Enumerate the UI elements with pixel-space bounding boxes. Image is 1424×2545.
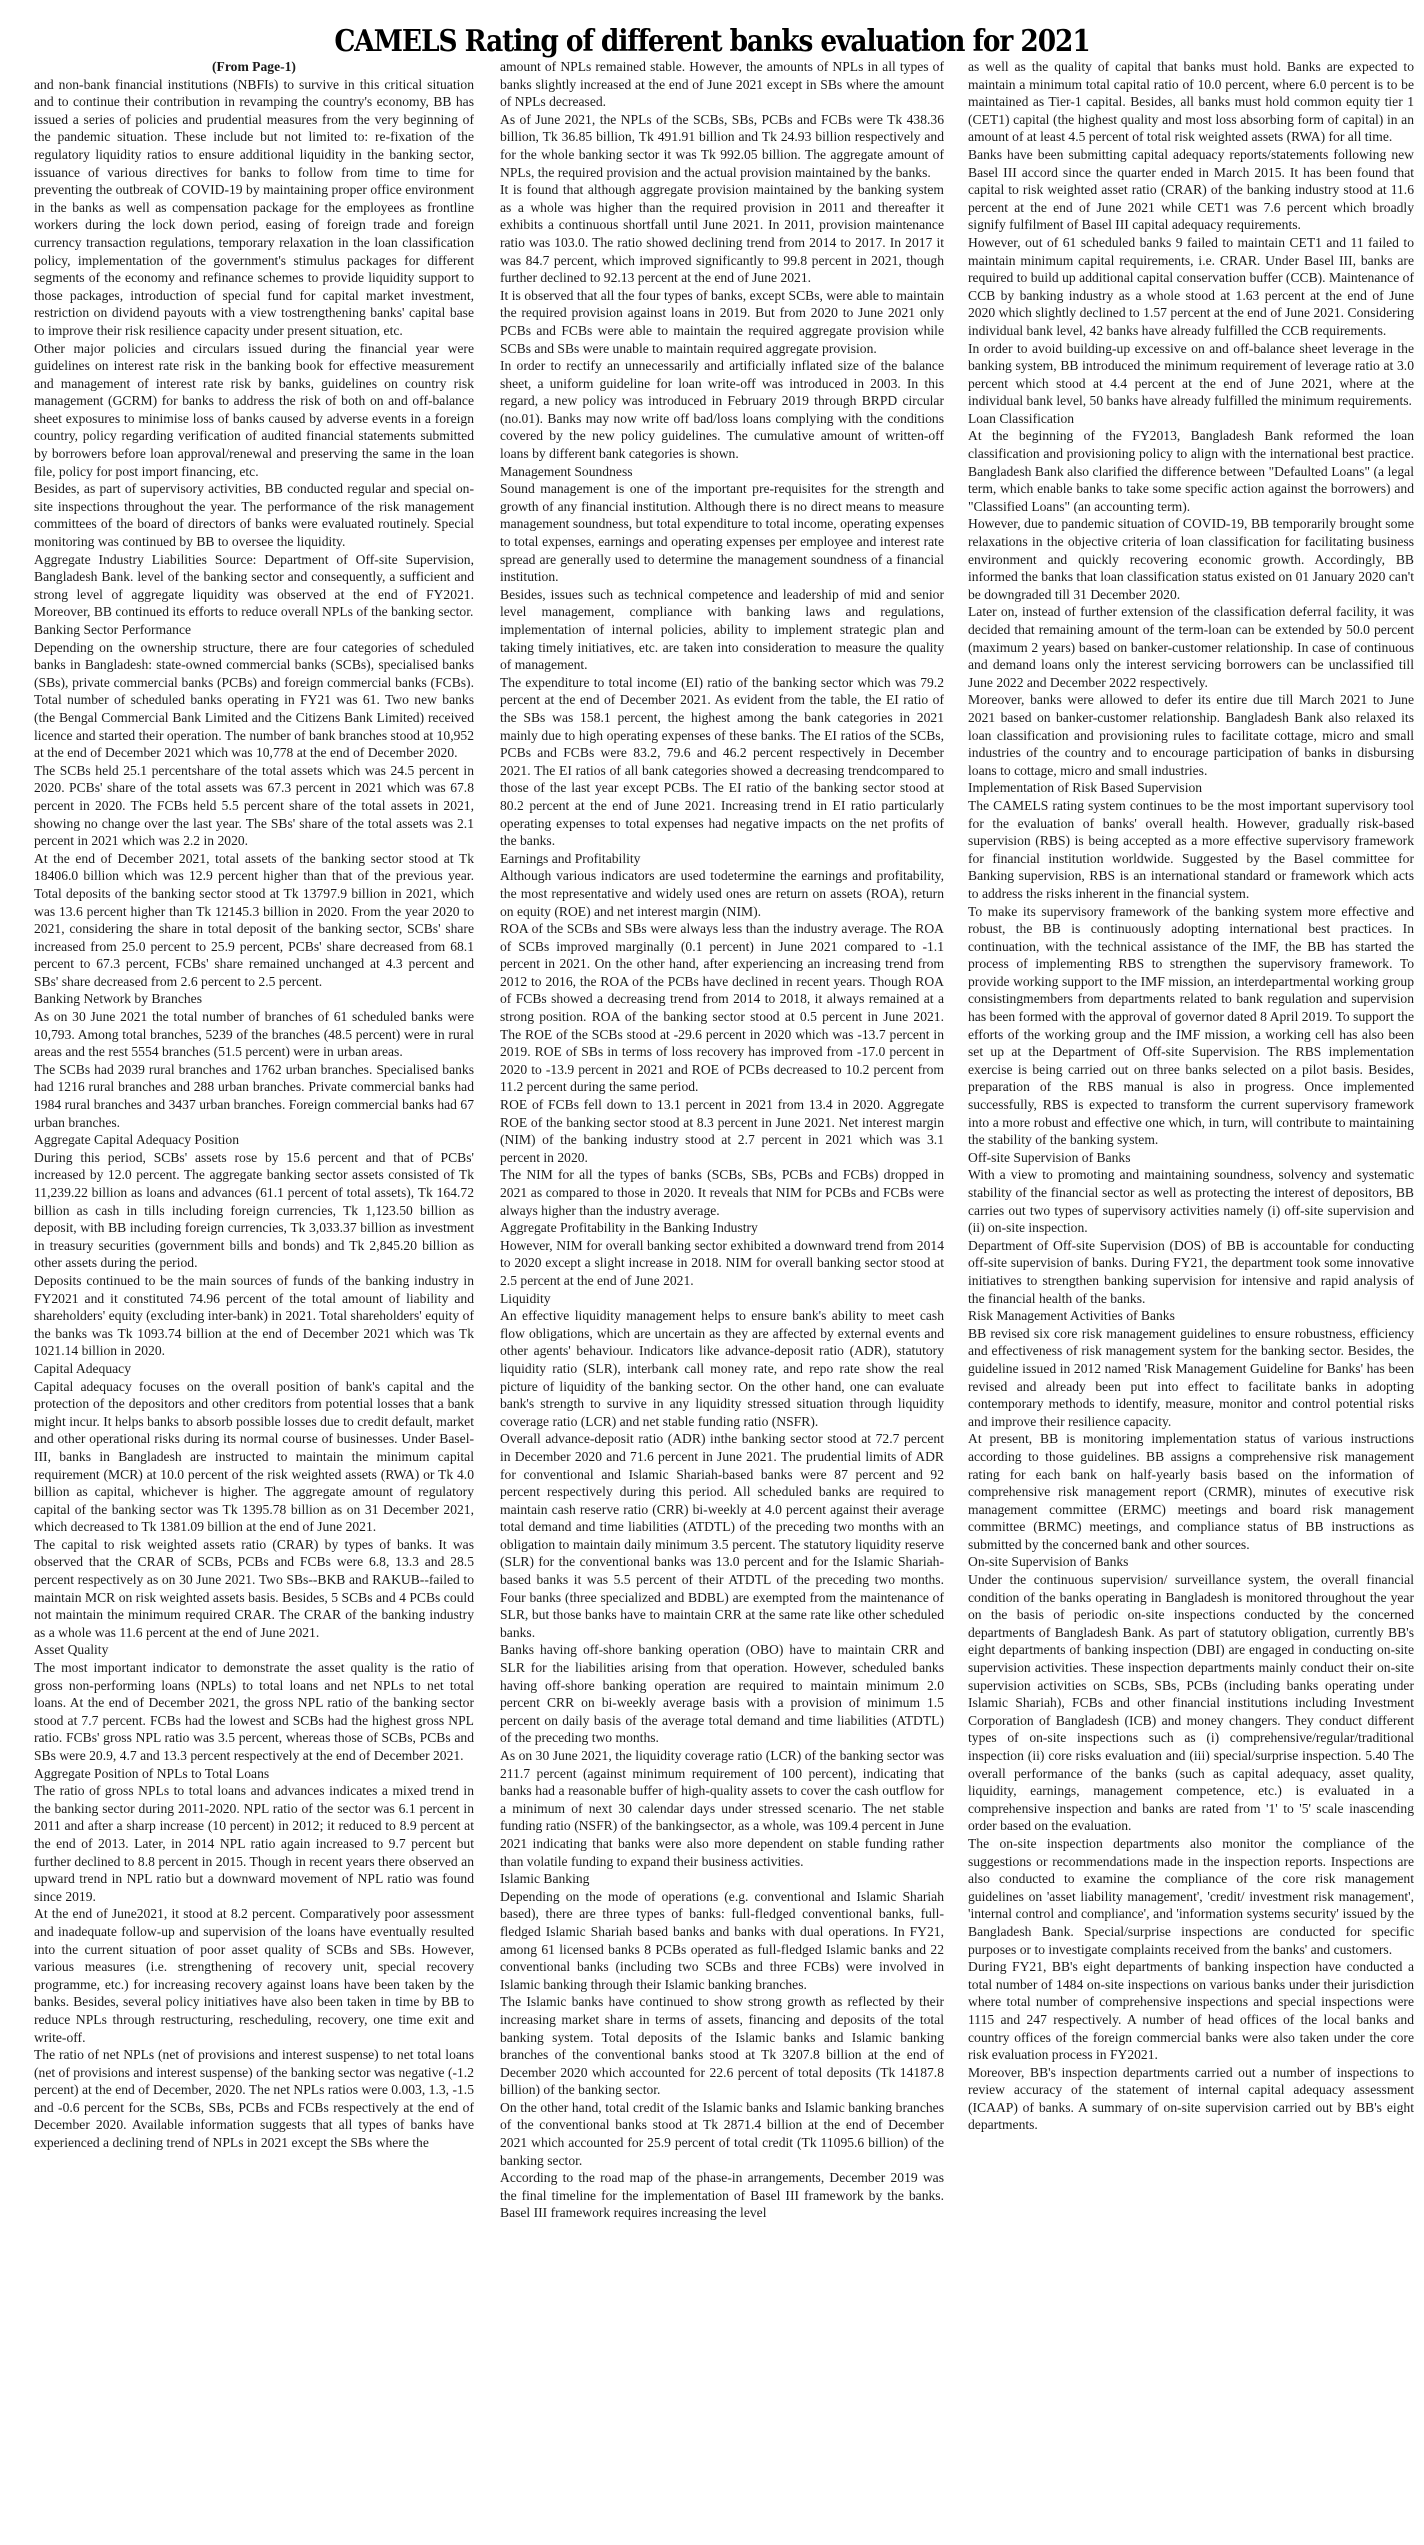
paragraph: The on-site inspection departments also …: [968, 1835, 1414, 1958]
paragraph: As on 30 June 2021, the liquidity covera…: [500, 1747, 944, 1870]
section-heading: Off-site Supervision of Banks: [968, 1149, 1414, 1167]
paragraph: However, NIM for overall banking sector …: [500, 1237, 944, 1290]
paragraph: Deposits continued to be the main source…: [34, 1272, 474, 1360]
paragraph: During this period, SCBs' assets rose by…: [34, 1149, 474, 1272]
paragraph: The SCBs had 2039 rural branches and 176…: [34, 1061, 474, 1131]
paragraph: With a view to promoting and maintaining…: [968, 1166, 1414, 1236]
article-column-middle: amount of NPLs remained stable. However,…: [500, 58, 944, 2222]
paragraph: as well as the quality of capital that b…: [968, 58, 1414, 146]
paragraph: BB revised six core risk management guid…: [968, 1325, 1414, 1431]
paragraph: The ratio of gross NPLs to total loans a…: [34, 1782, 474, 1905]
section-heading: Banking Network by Branches: [34, 990, 474, 1008]
paragraph: In order to avoid building-up excessive …: [968, 340, 1414, 410]
section-heading: Earnings and Profitability: [500, 850, 944, 868]
paragraph: Depending on the ownership structure, th…: [34, 639, 474, 762]
paragraph: Other major policies and circulars issue…: [34, 340, 474, 481]
paragraph: The NIM for all the types of banks (SCBs…: [500, 1166, 944, 1219]
paragraph: ROE of FCBs fell down to 13.1 percent in…: [500, 1096, 944, 1166]
column-body: as well as the quality of capital that b…: [968, 58, 1414, 2134]
paragraph: The expenditure to total income (EI) rat…: [500, 674, 944, 850]
section-heading: Capital Adequacy: [34, 1360, 474, 1378]
column-body: amount of NPLs remained stable. However,…: [500, 58, 944, 2222]
paragraph: Aggregate Industry Liabilities Source: D…: [34, 551, 474, 621]
paragraph: The ratio of net NPLs (net of provisions…: [34, 2046, 474, 2152]
paragraph: To make its supervisory framework of the…: [968, 903, 1414, 1149]
paragraph: amount of NPLs remained stable. However,…: [500, 58, 944, 111]
paragraph: Depending on the mode of operations (e.g…: [500, 1888, 944, 1994]
paragraph: Besides, issues such as technical compet…: [500, 586, 944, 674]
article-column-left: (From Page-1) and non-bank financial ins…: [34, 58, 474, 2152]
paragraph: The most important indicator to demonstr…: [34, 1659, 474, 1765]
paragraph: The SCBs held 25.1 percentshare of the t…: [34, 762, 474, 850]
section-heading: Risk Management Activities of Banks: [968, 1307, 1414, 1325]
paragraph: ROA of the SCBs and SBs were always less…: [500, 920, 944, 1096]
paragraph: Although various indicators are used tod…: [500, 867, 944, 920]
page-title: CAMELS Rating of different banks evaluat…: [85, 24, 1338, 59]
paragraph: and non-bank financial institutions (NBF…: [34, 76, 474, 340]
paragraph: Banks have been submitting capital adequ…: [968, 146, 1414, 234]
section-heading: Aggregate Capital Adequacy Position: [34, 1131, 474, 1149]
continuation-marker: (From Page-1): [34, 58, 474, 76]
paragraph: At present, BB is monitoring implementat…: [968, 1430, 1414, 1553]
paragraph: Later on, instead of further extension o…: [968, 603, 1414, 691]
paragraph: Besides, as part of supervisory activiti…: [34, 480, 474, 550]
paragraph: Moreover, banks were allowed to defer it…: [968, 691, 1414, 779]
paragraph: Capital adequacy focuses on the overall …: [34, 1378, 474, 1536]
paragraph: It is found that although aggregate prov…: [500, 181, 944, 287]
paragraph: At the beginning of the FY2013, Banglade…: [968, 427, 1414, 515]
paragraph: According to the road map of the phase-i…: [500, 2169, 944, 2222]
section-heading: Islamic Banking: [500, 1870, 944, 1888]
paragraph: As of June 2021, the NPLs of the SCBs, S…: [500, 111, 944, 181]
section-heading: On-site Supervision of Banks: [968, 1553, 1414, 1571]
paragraph: However, due to pandemic situation of CO…: [968, 515, 1414, 603]
paragraph: The Islamic banks have continued to show…: [500, 1993, 944, 2099]
column-body: and non-bank financial institutions (NBF…: [34, 76, 474, 2152]
section-heading: Asset Quality: [34, 1641, 474, 1659]
paragraph: As on 30 June 2021 the total number of b…: [34, 1008, 474, 1061]
paragraph: The CAMELS rating system continues to be…: [968, 797, 1414, 903]
section-heading: Management Soundness: [500, 463, 944, 481]
paragraph: Moreover, BB's inspection departments ca…: [968, 2064, 1414, 2134]
section-heading: Loan Classification: [968, 410, 1414, 428]
paragraph: Banks having off-shore banking operation…: [500, 1641, 944, 1747]
paragraph: The capital to risk weighted assets rati…: [34, 1536, 474, 1642]
paragraph: An effective liquidity management helps …: [500, 1307, 944, 1430]
section-heading: Aggregate Profitability in the Banking I…: [500, 1219, 944, 1237]
paragraph: Under the continuous supervision/ survei…: [968, 1571, 1414, 1835]
section-heading: Aggregate Position of NPLs to Total Loan…: [34, 1765, 474, 1783]
section-heading: Implementation of Risk Based Supervision: [968, 779, 1414, 797]
paragraph: At the end of December 2021, total asset…: [34, 850, 474, 991]
article-column-right: as well as the quality of capital that b…: [968, 58, 1414, 2134]
paragraph: During FY21, BB's eight departments of b…: [968, 1958, 1414, 2064]
paragraph: Sound management is one of the important…: [500, 480, 944, 586]
paragraph: Department of Off-site Supervision (DOS)…: [968, 1237, 1414, 1307]
paragraph: Overall advance-deposit ratio (ADR) inth…: [500, 1430, 944, 1641]
paragraph: On the other hand, total credit of the I…: [500, 2099, 944, 2169]
paragraph: In order to rectify an unnecessarily and…: [500, 357, 944, 463]
paragraph: However, out of 61 scheduled banks 9 fai…: [968, 234, 1414, 340]
section-heading: Liquidity: [500, 1290, 944, 1308]
section-heading: Banking Sector Performance: [34, 621, 474, 639]
paragraph: It is observed that all the four types o…: [500, 287, 944, 357]
paragraph: At the end of June2021, it stood at 8.2 …: [34, 1905, 474, 2046]
